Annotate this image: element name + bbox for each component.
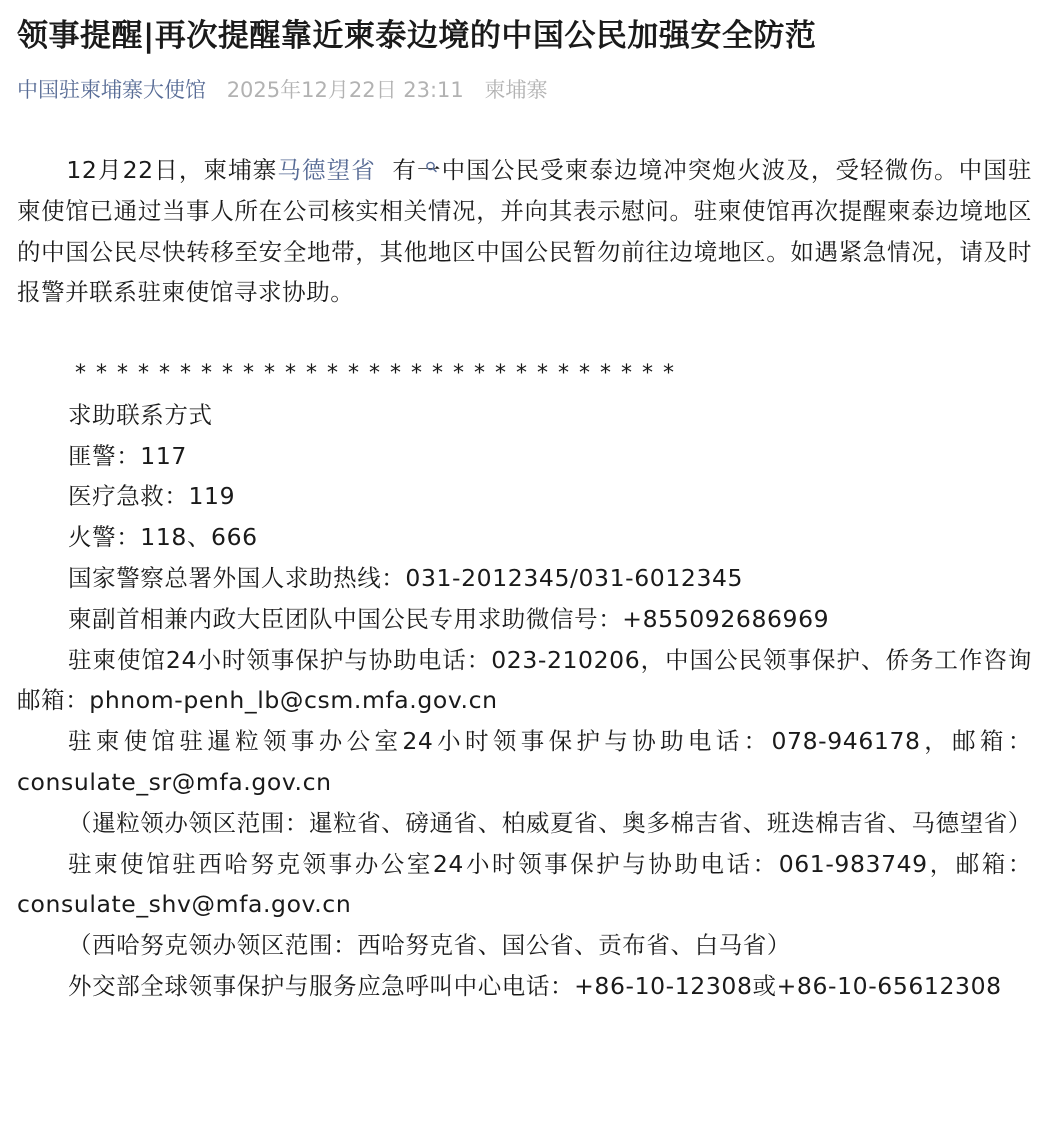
account-name-link[interactable]: 中国驻柬埔寨大使馆 xyxy=(17,78,206,102)
blank-line xyxy=(17,313,1032,354)
contacts-heading: 求助联系方式 xyxy=(17,395,1032,436)
contact-sihanoukville-scope: （西哈努克领办领区范围：西哈努克省、国公省、贡布省、白马省） xyxy=(17,925,1032,966)
publish-datetime: 2025年12月22日 23:11 xyxy=(227,78,464,102)
article-content: 12月22日，柬埔寨马德望省有一中国公民受柬泰边境冲突炮火波及，受轻微伤。中国驻… xyxy=(17,150,1032,1007)
contact-sihanoukville: 驻柬使馆驻西哈努克领事办公室24小时领事保护与协助电话：061-983749，邮… xyxy=(17,844,1032,926)
contact-embassy: 驻柬使馆24小时领事保护与协助电话：023-210206，中国公民领事保护、侨务… xyxy=(17,640,1032,722)
contact-line-bandit-police: 匪警：117 xyxy=(17,436,1032,477)
para1-prefix: 12月22日，柬埔寨 xyxy=(66,156,277,184)
article-meta: 中国驻柬埔寨大使馆 2025年12月22日 23:11 柬埔寨 xyxy=(17,72,1032,108)
search-term-link[interactable]: 马德望省 xyxy=(277,156,376,184)
intro-paragraph: 12月22日，柬埔寨马德望省有一中国公民受柬泰边境冲突炮火波及，受轻微伤。中国驻… xyxy=(17,150,1032,313)
contact-line-wechat: 柬副首相兼内政大臣团队中国公民专用求助微信号：+855092686969 xyxy=(17,599,1032,640)
contact-siem-reap: 驻柬使馆驻暹粒领事办公室24小时领事保护与协助电话：078-946178，邮箱：… xyxy=(17,721,1032,803)
contact-mfa-hotline: 外交部全球领事保护与服务应急呼叫中心电话：+86-10-12308或+86-10… xyxy=(17,966,1032,1007)
contact-line-fire: 火警：118、666 xyxy=(17,517,1032,558)
contact-line-medical: 医疗急救：119 xyxy=(17,476,1032,517)
publish-location: 柬埔寨 xyxy=(484,78,547,102)
contact-siem-reap-scope: （暹粒领办领区范围：暹粒省、磅通省、柏威夏省、奥多棉吉省、班迭棉吉省、马德望省） xyxy=(17,803,1032,844)
search-icon[interactable] xyxy=(376,152,390,172)
contact-line-police-hotline: 国家警察总署外国人求助热线：031-2012345/031-6012345 xyxy=(17,558,1032,599)
article-title: 领事提醒|再次提醒靠近柬泰边境的中国公民加强安全防范 xyxy=(17,0,1032,58)
article: 领事提醒|再次提醒靠近柬泰边境的中国公民加强安全防范 中国驻柬埔寨大使馆 202… xyxy=(0,0,1041,1007)
separator-stars: ***************************** xyxy=(17,354,1032,395)
